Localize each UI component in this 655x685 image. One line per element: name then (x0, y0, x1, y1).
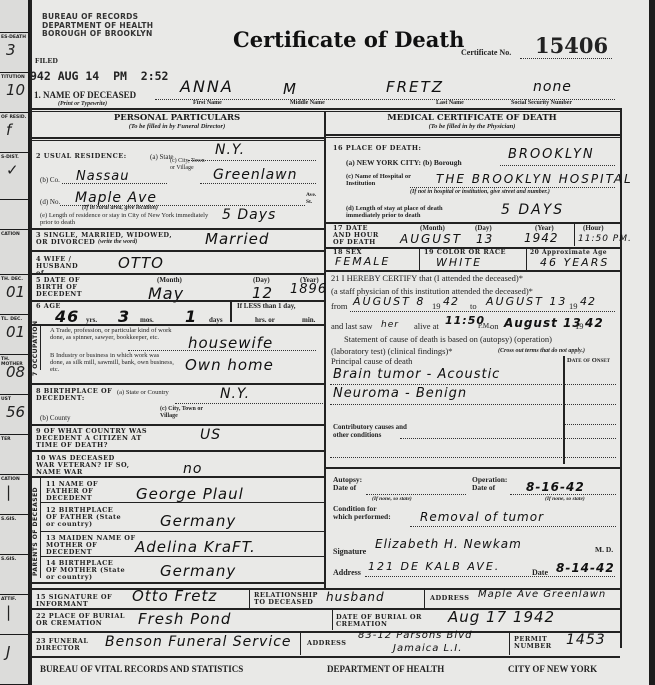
margin-code-cell (0, 0, 28, 33)
divider-4 (30, 250, 324, 252)
left-coding-strip: ES-DEATH3TITUTION10OF RESID.fS-DIST.✓CAT… (0, 0, 30, 685)
margin-code-value: J (6, 643, 10, 661)
mos-label: mos. (140, 316, 154, 324)
contrib-dotline-1 (400, 438, 616, 439)
divider-15 (30, 582, 324, 584)
death-certificate: ES-DEATH3TITUTION10OF RESID.fS-DIST.✓CAT… (0, 0, 655, 685)
first-name-value: ANNA (180, 77, 234, 96)
informant-label: 15 SIGNATURE OF INFORMANT (36, 594, 126, 608)
city-label: (c) City, Town or Village (170, 158, 210, 171)
residence-length-label: (e) Length of residence or stay in City … (40, 212, 210, 226)
hospital-line (410, 187, 615, 188)
personal-header: PERSONAL PARTICULARS (To be filled in by… (30, 113, 324, 130)
name-label: 1. NAME OF DECEASED (34, 91, 136, 100)
divider-8 (30, 383, 324, 385)
hospital-label: (c) Name of Hospital or Institution (346, 173, 426, 187)
date-label: Date (532, 569, 548, 577)
operation-date-value: 8-16-42 (526, 480, 585, 494)
to-year-value: 42 (580, 295, 596, 308)
autopsy-line (366, 494, 466, 495)
margin-code-value: 01 (6, 323, 25, 341)
margin-code-label: S.GIS. (1, 557, 16, 562)
medical-heading: MEDICAL CERTIFICATE OF DEATH (324, 113, 620, 123)
divider-3 (30, 228, 324, 230)
relationship-value: husband (326, 590, 385, 604)
from-to-line (350, 311, 615, 312)
burial-place-value: Fresh Pond (138, 610, 231, 628)
race-value: WHITE (436, 256, 482, 269)
approx-age-value: 46 YEARS (540, 256, 609, 269)
onset-divider (563, 356, 565, 464)
min-label: min. (302, 316, 315, 324)
margin-code-label: OF RESID. (1, 115, 26, 120)
operation-line (510, 494, 616, 495)
race-label: 19 COLOR OR RACE (424, 249, 506, 256)
borough-line (500, 165, 615, 166)
burial-date-value: Aug 17 1942 (448, 608, 555, 626)
cause-line-1: Brain tumor - Acoustic (333, 367, 500, 382)
onset-label: Date of Onset (567, 357, 610, 364)
state-value: N.Y. (215, 142, 245, 158)
ssn-value: none (533, 79, 572, 95)
hospital-note: (If not in hospital or institution, give… (410, 189, 550, 195)
veteran-label: 10 WAS DECEASED WAR VETERAN? IF SO, NAME… (36, 455, 136, 476)
from-year-value: 42 (443, 295, 459, 308)
permit-divider (509, 631, 510, 655)
informant-address-value: Maple Ave Greenlawn (478, 589, 606, 600)
divider-7 (30, 324, 324, 326)
city-line (200, 183, 316, 184)
dod-day-label: (Day) (475, 224, 492, 232)
occupation-side-label: 7 OCCUPATION (32, 320, 39, 376)
margin-code-value: 10 (6, 81, 25, 99)
personal-header-divider (30, 137, 324, 141)
filed-label: FILED (35, 56, 58, 65)
place-of-death-label: 16 PLACE OF DEATH: (333, 145, 421, 152)
to-date-value: AUGUST 13 (486, 295, 567, 308)
medical-subheading: (To be filled in by the Physician) (324, 123, 620, 130)
industry-label: B Industry or business in which work was… (50, 352, 175, 373)
margin-code-cell: OF RESID.f (0, 113, 28, 153)
onset-dotline-3 (565, 424, 616, 425)
informant-divider (249, 588, 250, 608)
margin-code-value: 08 (6, 363, 25, 381)
margin-code-cell: S-DIST.✓ (0, 153, 28, 200)
dod-day-value: 13 (476, 232, 493, 246)
certify-line-1: 21 I HEREBY CERTIFY that (I attended the… (331, 274, 523, 283)
divider-12 (40, 502, 324, 503)
divider-5 (30, 273, 324, 275)
bp-city-label: (c) City, Town or Village (160, 406, 220, 419)
statement-note: (Cross out terms that do not apply.) (498, 348, 585, 354)
physician-signature: Elizabeth H. Newkam (375, 537, 522, 551)
funeral-director-label: 23 FUNERAL DIRECTOR (36, 638, 96, 652)
margin-code-label: TL. DEC. (1, 317, 22, 322)
hrs-label: hrs. or (255, 316, 275, 324)
footer-center: DEPARTMENT OF HEALTH (327, 664, 444, 674)
borough-value: BROOKLYN (508, 147, 595, 162)
sex-value: FEMALE (335, 255, 390, 268)
medical-header-divider (324, 134, 620, 138)
informant-address-label: ADDRESS (430, 595, 469, 602)
alive-year-prefix: 19 (575, 322, 584, 331)
md-label: M. D. (595, 546, 613, 554)
margin-code-label: S-DIST. (1, 155, 19, 160)
physician-address: 121 DE KALB AVE. (368, 560, 500, 573)
footer-left: BUREAU OF VITAL RECORDS AND STATISTICS (40, 664, 243, 674)
father-bp-value: Germany (160, 512, 236, 530)
race-divider (526, 247, 527, 270)
margin-code-cell: TH. MOTHER08 (0, 355, 28, 395)
contributory-label: Contributory causes and other conditions (333, 424, 413, 439)
funeral-director-value: Benson Funeral Service (105, 634, 292, 650)
bp-state-value: N.Y. (220, 386, 250, 402)
alive-suffix: P.M. (478, 322, 491, 331)
mother-value: Adelina KraFT. (135, 538, 256, 556)
margin-code-cell: TH. DEC.01 (0, 275, 28, 315)
cause-line-2: Neuroma - Benign (333, 386, 467, 401)
contrib-dotline-2 (330, 457, 616, 458)
on-label: on (490, 322, 499, 331)
residence-label: 2 USUAL RESIDENCE: (36, 153, 127, 160)
alive-year-value: 42 (585, 316, 604, 330)
certificate-no-line (520, 58, 612, 59)
scan-edge-right (649, 0, 655, 685)
street-suffix: Ave. St. (306, 192, 320, 206)
county-label: (b) Co. (40, 176, 60, 184)
dod-hour-label: (Hour) (583, 224, 604, 232)
condition-label: Condition for which performed: (333, 505, 393, 521)
dod-hour-value: 11:50 PM. (578, 234, 632, 244)
address-label: Address (333, 569, 361, 577)
relationship-label: RELATIONSHIP TO DECEASED (254, 592, 324, 606)
autopsy-label: Autopsy: Date of (333, 476, 373, 492)
margin-code-cell: S.GIS. (0, 555, 28, 595)
margin-code-cell: ATTIF.| (0, 595, 28, 635)
margin-code-label: TER (1, 437, 11, 442)
certificate-no-label: Certificate No. (461, 48, 511, 57)
from-label: from (331, 302, 348, 311)
margin-code-cell (0, 200, 28, 230)
father-value: George Plaul (136, 485, 244, 503)
condition-value: Removal of tumor (420, 510, 544, 524)
margin-code-label: S.GIS. (1, 517, 16, 522)
divider-burial (30, 631, 620, 633)
mother-bp-label: 14 BIRTHPLACE OF MOTHER (State or countr… (46, 560, 126, 581)
margin-code-label: TH. DEC. (1, 277, 23, 282)
bp-state-line (175, 403, 323, 404)
divider-funeral (30, 656, 620, 658)
trade-label: A Trade, profession, or particular kind … (50, 327, 175, 341)
permit-label: PERMIT NUMBER (514, 636, 554, 650)
nyc-borough-label: (a) NEW YORK CITY: (b) Borough (346, 158, 462, 167)
dod-month-label: (Month) (420, 224, 445, 232)
margin-code-value: ✓ (6, 161, 19, 179)
residence-length-value: 5 Days (222, 207, 276, 223)
days-label: days (209, 316, 223, 324)
from-date-value: AUGUST 8 (353, 295, 425, 308)
margin-code-cell: J (0, 635, 28, 685)
margin-code-cell: ES-DEATH3 (0, 33, 28, 73)
last-saw-pronoun: her (381, 320, 399, 330)
first-name-label: First Name (193, 100, 222, 106)
margin-code-label: ATTIF. (1, 597, 16, 602)
funeral-address-line-1: 83-12 Parsons Blvd (358, 630, 472, 641)
margin-code-value: 56 (6, 403, 25, 421)
margin-code-value: | (6, 603, 11, 621)
filed-stamp: 942 AUG 14 PM 2:52 (30, 69, 168, 83)
father-label: 11 NAME OF FATHER OF DECEDENT (46, 481, 116, 502)
margin-code-value: | (6, 483, 11, 501)
sex-divider (419, 247, 420, 270)
name-sub-label: (Print or Typewrite) (58, 101, 107, 107)
margin-code-value: f (6, 121, 11, 139)
informant-signature: Otto Fretz (132, 587, 217, 605)
industry-value: Own home (185, 356, 274, 374)
yrs-label: yrs. (86, 316, 97, 324)
spouse-value: OTTO (118, 254, 164, 272)
cause-dotline-2 (330, 404, 616, 405)
dod-label: 17 DATE AND HOUR OF DEATH (333, 225, 383, 246)
bp-state-label: (a) State or Country (117, 389, 175, 397)
marital-sub: (write the word) (98, 239, 137, 245)
permit-value: 1453 (566, 632, 606, 648)
relationship-divider (424, 588, 425, 608)
operation-note: (If none, so state) (545, 496, 585, 502)
funeral-address-line-2: Jamaica L.I. (393, 643, 462, 654)
middle-name-label: Middle Name (290, 100, 325, 106)
dod-year-value: 1942 (524, 231, 559, 245)
rural-note: (If in rural area, give location) (82, 205, 158, 211)
funeral-address-label: ADDRESS (307, 640, 346, 647)
margin-code-value: 01 (6, 283, 25, 301)
last-name-label: Last Name (436, 100, 464, 106)
footer-right: CITY OF NEW YORK (508, 664, 597, 674)
occupation-side-line (40, 324, 41, 370)
burial-date-label: DATE OF BURIAL OR CREMATION (336, 614, 426, 628)
bureau-header: BUREAU OF RECORDS DEPARTMENT OF HEALTH B… (42, 13, 153, 39)
stay-label: (d) Length of stay at place of death imm… (346, 205, 466, 219)
margin-code-cell: TL. DEC.01 (0, 315, 28, 355)
physician-date: 8-14-42 (556, 561, 615, 575)
condition-line (410, 526, 616, 527)
margin-code-cell: TER (0, 435, 28, 475)
less-than-label: If LESS than 1 day, (237, 302, 296, 310)
margin-code-label: UST (1, 397, 11, 402)
veteran-value: no (183, 461, 202, 477)
trade-line (128, 350, 316, 351)
dob-label: 5 DATE OF BIRTH OF DECEDENT (36, 277, 96, 298)
form-border-right (620, 108, 622, 648)
bureau-line-3: BOROUGH OF BROOKLYN (42, 30, 153, 39)
dod-month-value: AUGUST (400, 232, 462, 246)
certificate-number: 15406 (535, 33, 608, 58)
mother-bp-value: Germany (160, 562, 236, 580)
personal-heading: PERSONAL PARTICULARS (30, 113, 324, 123)
divider-19 (324, 270, 620, 272)
burial-place-label: 22 PLACE OF BURIAL OR CREMATION (36, 613, 136, 627)
from-year-prefix: 19 (432, 302, 441, 311)
dob-month-label: (Month) (157, 276, 182, 284)
margin-code-label: TITUTION (1, 75, 25, 80)
to-label: to (470, 302, 477, 311)
dob-year-value: 1896 (290, 282, 327, 297)
ssn-label: Social Security Number (511, 100, 572, 106)
page-title: Certificate of Death (233, 27, 464, 52)
last-saw-label: and last saw (331, 322, 373, 331)
burial-divider (332, 610, 333, 630)
age-divider (230, 300, 232, 322)
divider-21 (324, 467, 620, 469)
divider-17 (324, 222, 620, 224)
margin-code-label: CATION (1, 232, 20, 237)
to-year-prefix: 19 (569, 302, 578, 311)
divider-9 (30, 424, 324, 426)
margin-code-value: 3 (6, 41, 16, 59)
parents-side-label: PARENTS OF DECEASED (32, 487, 39, 576)
divider-13 (40, 531, 324, 532)
divider-11 (30, 476, 324, 478)
margin-code-cell: CATION (0, 230, 28, 275)
dob-day-label: (Day) (253, 276, 270, 284)
city-value: Greenlawn (213, 167, 298, 183)
principal-cause-label: Principal cause of death (331, 357, 412, 366)
margin-code-cell: TITUTION10 (0, 73, 28, 113)
parents-side-line (40, 476, 41, 578)
funeral-divider (300, 631, 301, 655)
personal-subheading: (To be filled in by Funeral Director) (30, 123, 324, 130)
margin-code-label: ES-DEATH (1, 35, 26, 40)
signature-label: Signature (333, 548, 366, 556)
statement-line-2: (laboratory test) (clinical findings)* (331, 347, 453, 356)
hospital-value: THE BROOKLYN HOSPITAL (436, 172, 633, 186)
medical-header: MEDICAL CERTIFICATE OF DEATH (To be fill… (324, 113, 620, 130)
birthplace-label: 8 BIRTHPLACE OF DECEDENT: (36, 388, 116, 402)
stay-value: 5 DAYS (501, 202, 564, 218)
marital-value: Married (205, 230, 269, 248)
citizen-label: 9 OF WHAT COUNTRY WAS DECEDENT A CITIZEN… (36, 428, 151, 449)
bp-county-label: (b) County (40, 414, 71, 422)
margin-code-cell: CATION| (0, 475, 28, 515)
hour-divider (574, 224, 575, 246)
statement-line-1: Statement of cause of death is based on … (344, 335, 552, 344)
father-bp-label: 12 BIRTHPLACE OF FATHER (State or countr… (46, 507, 126, 528)
county-value: Nassau (76, 169, 129, 184)
divider-14 (40, 556, 324, 557)
alive-at-label: alive at (414, 322, 439, 331)
margin-code-cell: UST56 (0, 395, 28, 435)
divider-10 (30, 450, 324, 452)
margin-code-cell: S.GIS. (0, 515, 28, 555)
street-value: Maple Ave (75, 190, 157, 206)
center-divider (324, 112, 326, 590)
approx-age-label: 20 Approximate Age (530, 249, 607, 256)
alive-date-value: August 13 (504, 316, 582, 330)
address-line (365, 576, 615, 577)
margin-code-label: CATION (1, 477, 20, 482)
mother-label: 13 MAIDEN NAME OF MOTHER OF DECEDENT (46, 535, 136, 556)
autopsy-note: (If none, so state) (372, 496, 412, 502)
cause-dotline-1 (330, 384, 616, 385)
citizen-value: US (200, 427, 221, 443)
last-name-value: FRETZ (386, 78, 444, 96)
street-label: (d) No. (40, 198, 60, 206)
middle-name-value: M (283, 80, 298, 98)
operation-label: Operation: Date of (472, 476, 522, 492)
